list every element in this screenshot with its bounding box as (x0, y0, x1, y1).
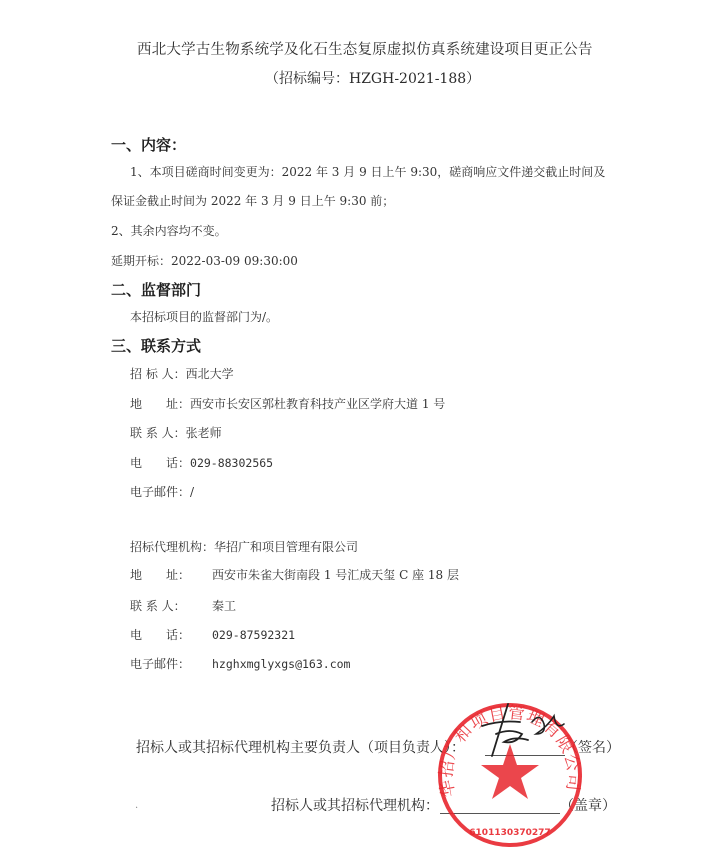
section-heading-supervision: 二、监督部门 (111, 279, 201, 300)
tenderer-address: 西安市长安区郭杜教育科技产业区学府大道 1 号 (190, 395, 445, 412)
tenderer-email-label: 电子邮件： (130, 483, 190, 500)
agency-address: 西安市朱雀大街南段 1 号汇成天玺 C 座 18 层 (212, 566, 459, 583)
tender-code: （招标编号：HZGH-2021-188） (265, 68, 480, 88)
agency-email-row: 电子邮件： hzghxmglyxgs@163.com (130, 655, 350, 672)
agency-phone-label: 电 话： (130, 626, 212, 643)
agency-contact: 秦工 (212, 597, 236, 614)
tenderer-phone-label: 电 话： (130, 454, 190, 471)
content-item-1-line-1: 1、本项目磋商时间变更为：2022 年 3 月 9 日上午 9:30，磋商响应文… (130, 163, 605, 180)
content-item-2: 2、其余内容均不变。 (111, 222, 227, 239)
stray-dot: . (135, 800, 138, 811)
tenderer-contact: 张老师 (186, 424, 222, 441)
tenderer-contact-label: 联 系 人： (130, 424, 186, 441)
tenderer-name-label: 招 标 人： (130, 365, 186, 382)
tenderer-address-row: 地 址： 西安市长安区郭杜教育科技产业区学府大道 1 号 (130, 395, 445, 412)
agency-address-label: 地 址： (130, 566, 212, 583)
content-item-1-line-2: 保证金截止时间为 2022 年 3 月 9 日上午 9:30 前； (111, 192, 394, 209)
section-heading-contact: 三、联系方式 (111, 335, 201, 356)
tenderer-name-row: 招 标 人： 西北大学 (130, 365, 234, 382)
agency-name: 华招广和项目管理有限公司 (214, 538, 358, 555)
tenderer-name: 西北大学 (186, 365, 234, 382)
signature-label-responsible-person: 招标人或其招标代理机构主要负责人（项目负责人）： (136, 737, 465, 757)
svg-text:6101130370277: 6101130370277 (469, 828, 550, 838)
supervision-text: 本招标项目的监督部门为/。 (130, 308, 278, 325)
agency-name-row: 招标代理机构： 华招广和项目管理有限公司 (130, 538, 358, 555)
agency-phone-row: 电 话： 029-87592321 (130, 626, 295, 643)
agency-contact-row: 联 系 人： 秦工 (130, 597, 236, 614)
agency-email-label: 电子邮件： (130, 655, 212, 672)
seal-label-agency: 招标人或其招标代理机构： (271, 795, 439, 815)
tenderer-email-row: 电子邮件： / (130, 483, 194, 500)
agency-email: hzghxmglyxgs@163.com (212, 657, 350, 671)
agency-contact-label: 联 系 人： (130, 597, 212, 614)
tenderer-email: / (190, 485, 194, 499)
tenderer-contact-row: 联 系 人： 张老师 (130, 424, 222, 441)
tenderer-phone-row: 电 话： 029-88302565 (130, 454, 273, 471)
tenderer-phone: 029-88302565 (190, 456, 273, 470)
section-heading-content: 一、内容： (111, 134, 186, 155)
delayed-opening: 延期开标：2022-03-09 09:30:00 (111, 252, 298, 269)
agency-name-label: 招标代理机构： (130, 538, 214, 555)
agency-address-row: 地 址： 西安市朱雀大街南段 1 号汇成天玺 C 座 18 层 (130, 566, 459, 583)
tenderer-address-label: 地 址： (130, 395, 190, 412)
handwritten-signature-icon (470, 700, 580, 760)
agency-phone: 029-87592321 (212, 628, 295, 642)
document-title: 西北大学古生物系统学及化石生态复原虚拟仿真系统建设项目更正公告 (137, 38, 593, 59)
